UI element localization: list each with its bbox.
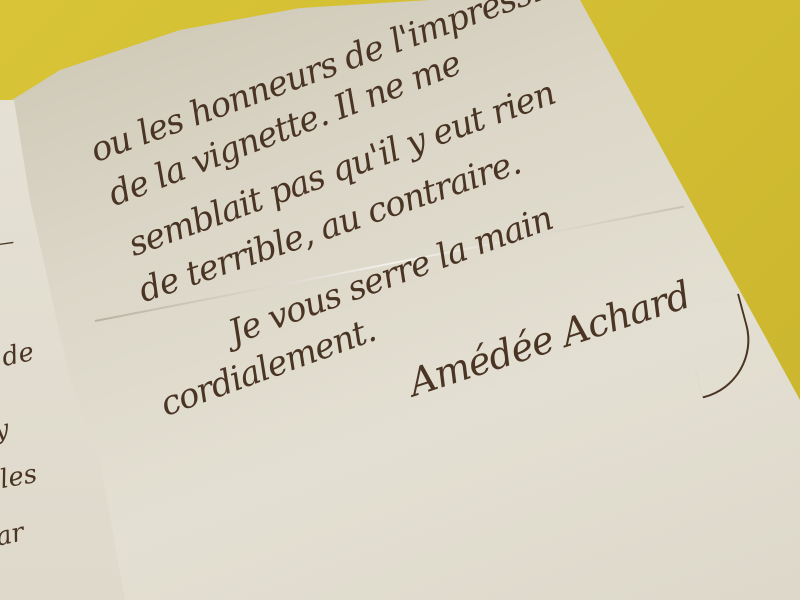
- photo-scene: ou les honneurs de l'impression? de la v…: [0, 0, 800, 600]
- left-page-fragment: les: [0, 459, 39, 495]
